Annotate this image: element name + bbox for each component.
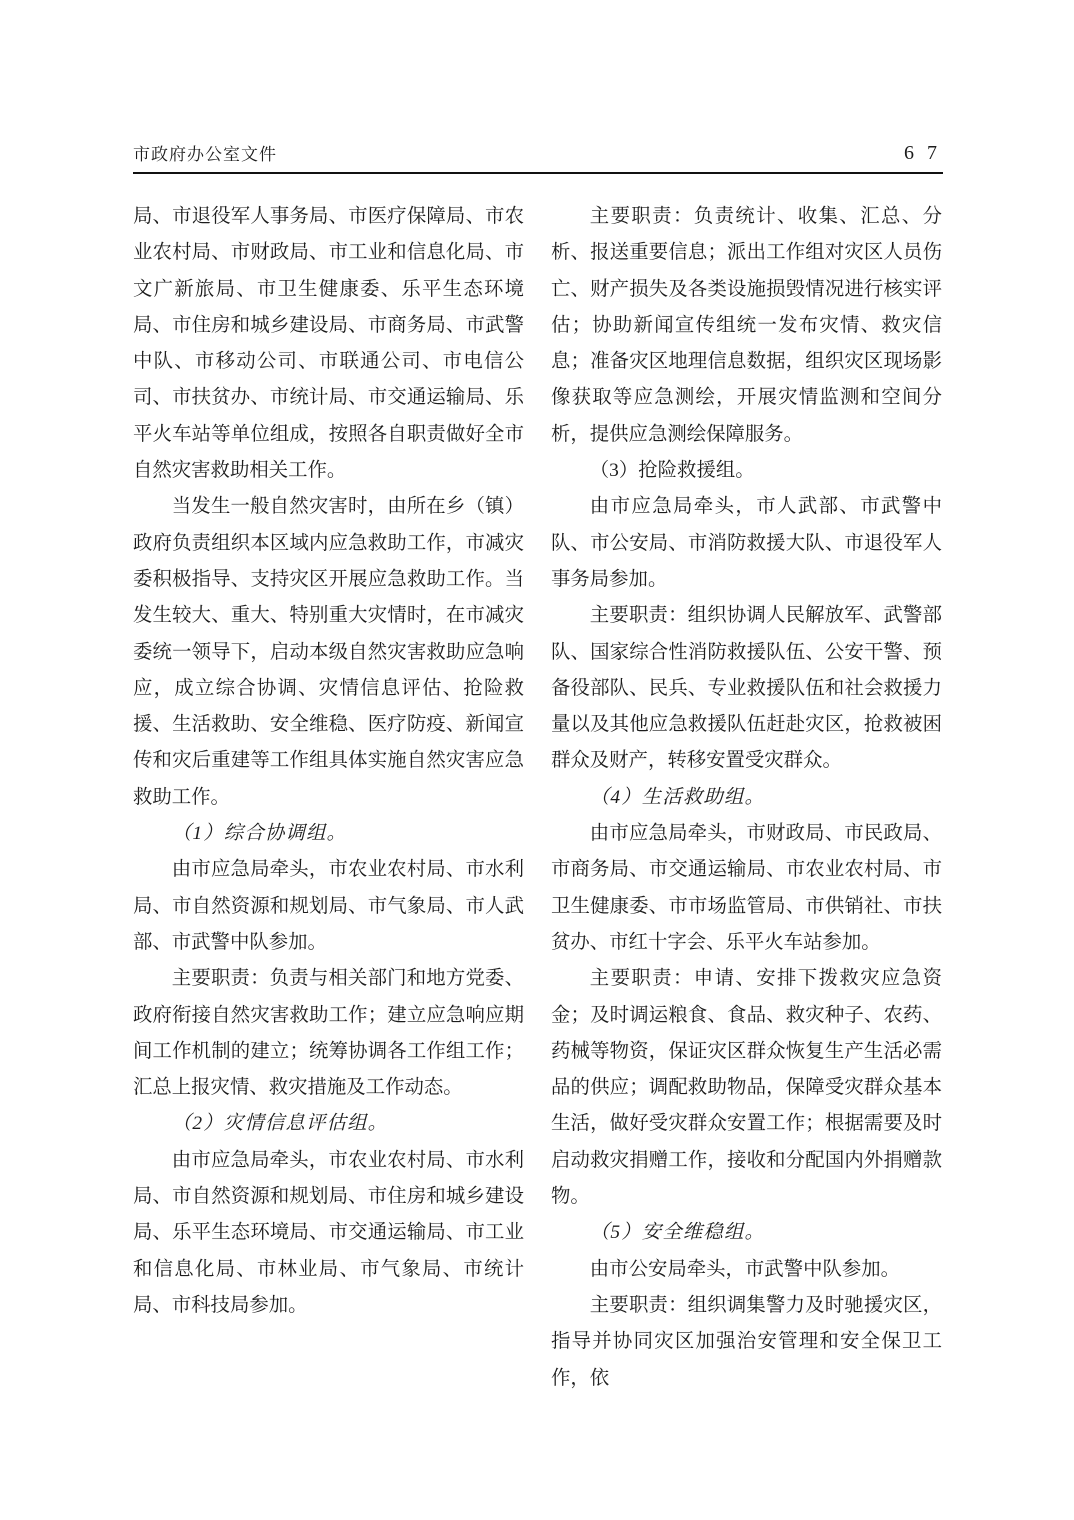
section-heading: （2）灾情信息评估组。	[133, 1106, 524, 1142]
paragraph: 由市应急局牵头，市农业农村局、市水利局、市自然资源和规划局、市住房和城乡建设局、…	[133, 1143, 524, 1324]
paragraph: 由市应急局牵头，市财政局、市民政局、市商务局、市交通运输局、市农业农村局、市卫生…	[551, 816, 942, 961]
paragraph: 当发生一般自然灾害时，由所在乡（镇）政府负责组织本区域内应急救助工作，市减灾委积…	[133, 489, 524, 816]
section-heading: （1）综合协调组。	[133, 816, 524, 852]
paragraph: 主要职责：组织调集警力及时驰援灾区，指导并协同灾区加强治安管理和安全保卫工作，依	[551, 1288, 942, 1397]
left-column: 局、市退役军人事务局、市医疗保障局、市农业农村局、市财政局、市工业和信息化局、市…	[133, 199, 524, 1397]
section-heading: （4）生活救助组。	[551, 780, 942, 816]
paragraph: 主要职责：负责统计、收集、汇总、分析、报送重要信息；派出工作组对灾区人员伤亡、财…	[551, 199, 942, 453]
document-page: 市政府办公室文件 6 7 局、市退役军人事务局、市医疗保障局、市农业农村局、市财…	[133, 140, 943, 1397]
header-title: 市政府办公室文件	[133, 140, 277, 165]
paragraph: 由市应急局牵头，市人武部、市武警中队、市公安局、市消防救援大队、市退役军人事务局…	[551, 489, 942, 598]
paragraph: 主要职责：申请、安排下拨救灾应急资金；及时调运粮食、食品、救灾种子、农药、药械等…	[551, 961, 942, 1215]
paragraph: 局、市退役军人事务局、市医疗保障局、市农业农村局、市财政局、市工业和信息化局、市…	[133, 199, 524, 489]
right-column: 主要职责：负责统计、收集、汇总、分析、报送重要信息；派出工作组对灾区人员伤亡、财…	[551, 199, 942, 1397]
section-heading: （3）抢险救援组。	[551, 453, 942, 489]
paragraph: 由市公安局牵头，市武警中队参加。	[551, 1252, 942, 1288]
paragraph: 主要职责：组织协调人民解放军、武警部队、国家综合性消防救援队伍、公安干警、预备役…	[551, 598, 942, 779]
section-heading: （5）安全维稳组。	[551, 1215, 942, 1251]
page-number: 6 7	[904, 142, 943, 165]
paragraph: 主要职责：负责与相关部门和地方党委、政府衔接自然灾害救助工作；建立应急响应期间工…	[133, 961, 524, 1106]
page-header: 市政府办公室文件 6 7	[133, 140, 943, 174]
two-column-body: 局、市退役军人事务局、市医疗保障局、市农业农村局、市财政局、市工业和信息化局、市…	[133, 199, 943, 1397]
paragraph: 由市应急局牵头，市农业农村局、市水利局、市自然资源和规划局、市气象局、市人武部、…	[133, 852, 524, 961]
